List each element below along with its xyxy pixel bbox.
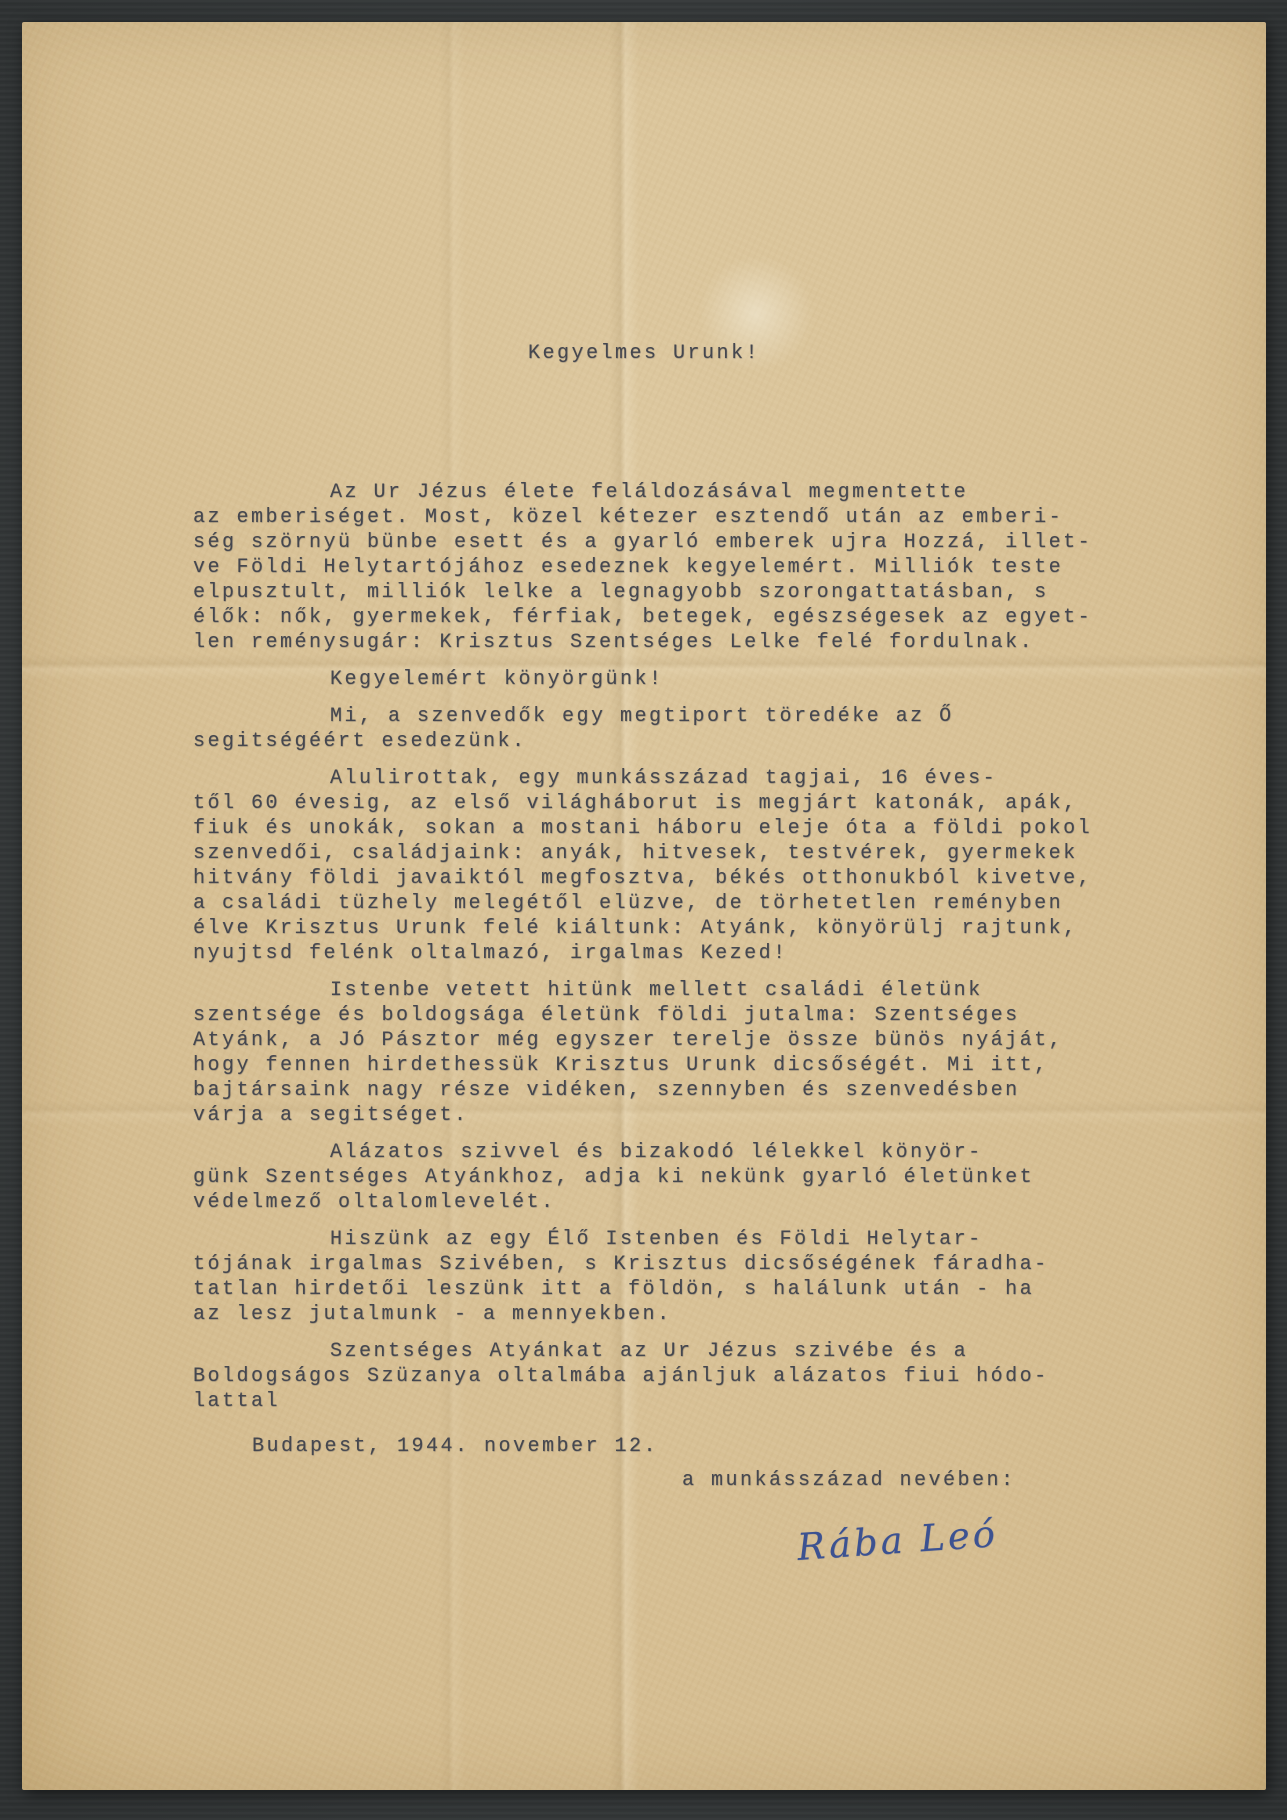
letter-line: Boldogságos Szüzanya oltalmába ajánljuk … — [193, 1364, 1128, 1389]
letter-line: tatlan hirdetői leszünk itt a földön, s … — [193, 1277, 1128, 1302]
letter-paragraph: Mi, a szenvedők egy megtiport töredéke a… — [193, 704, 1128, 754]
letter-line: élők: nők, gyermekek, férfiak, betegek, … — [193, 605, 1128, 630]
letter-line: Alulirottak, egy munkásszázad tagjai, 16… — [193, 766, 1128, 791]
letter-line: várja a segitséget. — [193, 1103, 1128, 1128]
letter-line: Szentséges Atyánkat az Ur Jézus szivébe … — [193, 1339, 1128, 1364]
letter-line: Mi, a szenvedők egy megtiport töredéke a… — [193, 704, 1128, 729]
signature-handwritten: Rába Leó — [796, 1512, 1000, 1569]
letter-body: Az Ur Jézus élete feláldozásával megment… — [193, 480, 1128, 1426]
letter-line: günk Szentséges Atyánkhoz, adja ki nekün… — [193, 1165, 1128, 1190]
letter-line: szentsége és boldogsága életünk földi ju… — [193, 1003, 1128, 1028]
letter-paragraph: Az Ur Jézus élete feláldozásával megment… — [193, 480, 1128, 655]
attribution-line: a munkásszázad nevében: — [682, 1469, 1016, 1492]
letter-line: elpusztult, milliók lelke a legnagyobb s… — [193, 580, 1128, 605]
letter-line: Az Ur Jézus élete feláldozásával megment… — [193, 480, 1128, 505]
letter-paragraph: Kegyelemért könyörgünk! — [193, 667, 1128, 692]
letter-paragraph: Alázatos szivvel és bizakodó lélekkel kö… — [193, 1140, 1128, 1215]
letter-line: nyujtsd felénk oltalmazó, irgalmas Kezed… — [193, 941, 1128, 966]
letter-paragraph: Szentséges Atyánkat az Ur Jézus szivébe … — [193, 1339, 1128, 1414]
letter-line: ség szörnyü bünbe esett és a gyarló embe… — [193, 530, 1128, 555]
letter-line: védelmező oltalomlevelét. — [193, 1190, 1128, 1215]
letter-line: Atyánk, a Jó Pásztor még egyszer terelje… — [193, 1028, 1128, 1053]
letter-line: a családi tüzhely melegétől elüzve, de t… — [193, 891, 1128, 916]
letter-line: ve Földi Helytartójához esedeznek kegyel… — [193, 555, 1128, 580]
letter-line: hitvány földi javaiktól megfosztva, béké… — [193, 866, 1128, 891]
letter-line: fiuk és unokák, sokan a mostani háboru e… — [193, 816, 1128, 841]
letter-line: hogy fennen hirdethessük Krisztus Urunk … — [193, 1053, 1128, 1078]
letter-line: Alázatos szivvel és bizakodó lélekkel kö… — [193, 1140, 1128, 1165]
letter-line: bajtársaink nagy része vidéken, szennybe… — [193, 1078, 1128, 1103]
letter-line: Kegyelemért könyörgünk! — [193, 667, 1128, 692]
background-mat: Kegyelmes Urunk! Az Ur Jézus élete felál… — [0, 0, 1287, 1820]
letter-line: től 60 évesig, az első világháborut is m… — [193, 791, 1128, 816]
letter-paragraph: Alulirottak, egy munkásszázad tagjai, 16… — [193, 766, 1128, 966]
letter-line: Hiszünk az egy Élő Istenben és Földi Hel… — [193, 1227, 1128, 1252]
letter-line: segitségéért esedezünk. — [193, 729, 1128, 754]
letter-paragraph: Hiszünk az egy Élő Istenben és Földi Hel… — [193, 1227, 1128, 1327]
letter-line: az emberiséget. Most, közel kétezer eszt… — [193, 505, 1128, 530]
dateline: Budapest, 1944. november 12. — [252, 1435, 658, 1458]
letter-line: lattal — [193, 1389, 1128, 1414]
letter-line: élve Krisztus Urunk felé kiáltunk: Atyán… — [193, 916, 1128, 941]
letter-paragraph: Istenbe vetett hitünk mellett családi él… — [193, 978, 1128, 1128]
letter-line: tójának irgalmas Szivében, s Krisztus di… — [193, 1252, 1128, 1277]
letter-line: len reménysugár: Krisztus Szentséges Lel… — [193, 630, 1128, 655]
letter-page: Kegyelmes Urunk! Az Ur Jézus élete felál… — [22, 22, 1266, 1790]
letter-line: Istenbe vetett hitünk mellett családi él… — [193, 978, 1128, 1003]
letter-line: szenvedői, családjaink: anyák, hitvesek,… — [193, 841, 1128, 866]
letter-heading: Kegyelmes Urunk! — [22, 342, 1266, 365]
letter-line: az lesz jutalmunk - a mennyekben. — [193, 1302, 1128, 1327]
